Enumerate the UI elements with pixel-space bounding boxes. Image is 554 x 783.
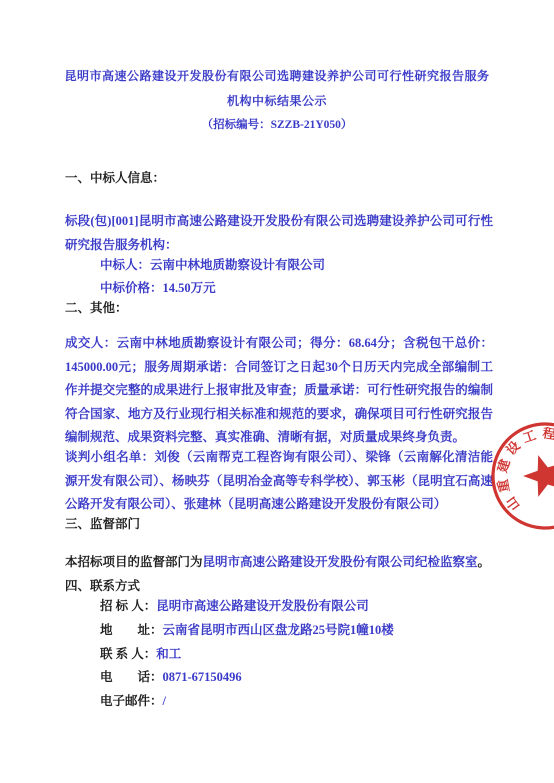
document-page: 昆明市高速公路建设开发股份有限公司选聘建设养护公司可行性研究报告服务 机构中标结…: [0, 0, 554, 783]
section-2-heading: 二、其他：: [65, 298, 493, 316]
contact-label: 招 标 人：: [100, 599, 156, 613]
section-1-heading: 一、中标人信息：: [65, 168, 493, 186]
supervision-prefix: 本招标项目的监督部门为: [65, 555, 203, 569]
title-line-1: 昆明市高速公路建设开发股份有限公司选聘建设养护公司可行性研究报告服务: [40, 64, 514, 89]
price-line: 中标价格：14.50万元: [100, 281, 500, 296]
star-icon: [518, 449, 554, 500]
supervision-line: 本招标项目的监督部门为昆明市高速公路建设开发股份有限公司纪检监察室。: [65, 553, 505, 571]
section-4-heading: 四、联系方式: [65, 576, 493, 594]
section-3-heading: 三、监督部门: [65, 514, 493, 532]
contact-value: 0871-67150496: [163, 670, 242, 684]
contact-label: 电 话：: [100, 670, 163, 684]
contact-label: 电子邮件：: [100, 694, 163, 708]
contact-row-email: 电子邮件：/: [100, 693, 520, 709]
winner-line: 中标人：云南中林地质勘察设计有限公司: [100, 258, 500, 273]
deal-paragraph: 成交人：云南中林地质勘察设计有限公司；得分：68.64分；含税包干总价：1450…: [65, 332, 493, 450]
contact-row-person: 联 系 人：和工: [100, 646, 520, 662]
contact-value: /: [163, 694, 166, 708]
tender-number: （招标编号：SZZB-21Y050）: [40, 114, 514, 137]
contact-label: 联 系 人：: [100, 647, 156, 661]
contact-label: 地 址：: [100, 623, 163, 637]
contact-row-address: 地 址：云南省昆明市西山区盘龙路25号院1幢10楼: [100, 622, 520, 638]
panel-paragraph: 谈判小组名单：刘俊（云南帮克工程咨询有限公司）、梁锋（云南解化清洁能源开发有限公…: [65, 446, 493, 517]
lot-description: 标段(包)[001]昆明市高速公路建设开发股份有限公司选聘建设养护公司可行性研究…: [65, 210, 493, 257]
contact-value: 云南省昆明市西山区盘龙路25号院1幢10楼: [163, 623, 394, 637]
document-title: 昆明市高速公路建设开发股份有限公司选聘建设养护公司可行性研究报告服务 机构中标结…: [40, 64, 514, 137]
contact-row-tenderer: 招 标 人：昆明市高速公路建设开发股份有限公司: [100, 598, 520, 614]
contact-value: 和工: [156, 647, 181, 661]
supervision-department: 昆明市高速公路建设开发股份有限公司纪检监察室: [203, 555, 478, 569]
title-line-2: 机构中标结果公示: [40, 89, 514, 114]
supervision-suffix: 。: [478, 555, 491, 569]
contact-value: 昆明市高速公路建设开发股份有限公司: [156, 599, 369, 613]
contact-row-phone: 电 话：0871-67150496: [100, 669, 520, 685]
